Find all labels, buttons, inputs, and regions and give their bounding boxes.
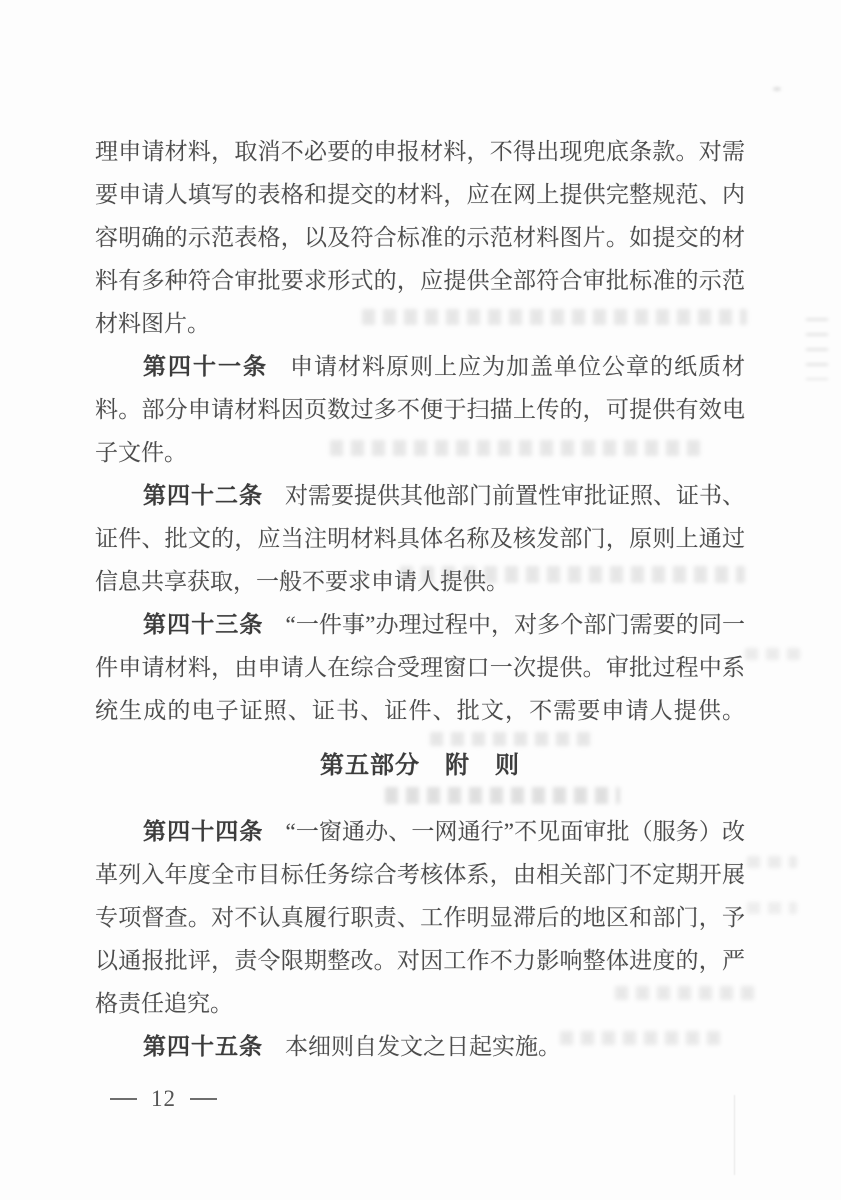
document-body: 理申请材料，取消不必要的申报材料，不得出现兜底条款。对需 要申请人填写的表格和提… xyxy=(95,130,745,1068)
text-line: 要申请人填写的表格和提交的材料，应在网上提供完整规范、内 xyxy=(95,173,745,216)
text-line: 革列入年度全市目标任务综合考核体系，由相关部门不定期开展 xyxy=(95,853,745,896)
text-line: 料。部分申请材料因页数过多不便于扫描上传的，可提供有效电 xyxy=(95,388,745,431)
bleed-through-artifact xyxy=(747,902,797,914)
text-line: 专项督查。对不认真履行职责、工作明显滞后的地区和部门，予 xyxy=(95,896,745,939)
text-line: 格责任追究。 xyxy=(95,982,745,1025)
text-line: 容明确的示范表格，以及符合标准的示范材料图片。如提交的材 xyxy=(95,216,745,259)
text-line: 证件、批文的，应当注明材料具体名称及核发部门，原则上通过 xyxy=(95,517,745,560)
section-heading: 第五部分 附 则 xyxy=(95,745,745,788)
page-number-value: 12 xyxy=(151,1086,176,1112)
scan-fold-mark xyxy=(734,1095,735,1175)
article-44-line: 第四十四条“一窗通办、一网通行”不见面审批（服务）改 xyxy=(95,810,745,853)
bleed-through-artifact xyxy=(747,856,797,868)
article-number: 第四十二条 xyxy=(143,483,263,508)
text-line: 材料图片。 xyxy=(95,302,745,345)
text-line: 件申请材料，由申请人在综合受理窗口一次提供。审批过程中系 xyxy=(95,646,745,689)
text-line: 信息共享获取，一般不要求申请人提供。 xyxy=(95,560,745,603)
page-number-dash xyxy=(190,1098,217,1100)
article-number: 第四十五条 xyxy=(143,1034,263,1059)
page-number-dash xyxy=(110,1098,137,1100)
text-line: 以通报批评，责令限期整改。对因工作不力影响整体进度的，严 xyxy=(95,939,745,982)
article-41-line: 第四十一条申请材料原则上应为加盖单位公章的纸质材 xyxy=(95,345,745,388)
article-number: 第四十三条 xyxy=(143,612,264,637)
article-43-line: 第四十三条“一件事”办理过程中，对多个部门需要的同一 xyxy=(95,603,745,646)
article-42-line: 第四十二条对需要提供其他部门前置性审批证照、证书、 xyxy=(95,474,745,517)
article-45-line: 第四十五条本细则自发文之日起实施。 xyxy=(95,1025,745,1068)
scan-speck-artifact xyxy=(806,318,828,380)
scanned-document-page: 理申请材料，取消不必要的申报材料，不得出现兜底条款。对需 要申请人填写的表格和提… xyxy=(0,0,841,1200)
page-number: 12 xyxy=(110,1077,217,1120)
article-number: 第四十一条 xyxy=(143,354,268,379)
text-line: 子文件。 xyxy=(95,431,745,474)
text-line: 理申请材料，取消不必要的申报材料，不得出现兜底条款。对需 xyxy=(95,130,745,173)
scan-speck-artifact xyxy=(773,87,781,91)
text-line: 料有多种符合审批要求形式的，应提供全部符合审批标准的示范 xyxy=(95,259,745,302)
text-line: 统生成的电子证照、证书、证件、批文，不需要申请人提供。 xyxy=(95,689,745,732)
article-number: 第四十四条 xyxy=(143,819,264,844)
bleed-through-artifact xyxy=(745,648,800,660)
